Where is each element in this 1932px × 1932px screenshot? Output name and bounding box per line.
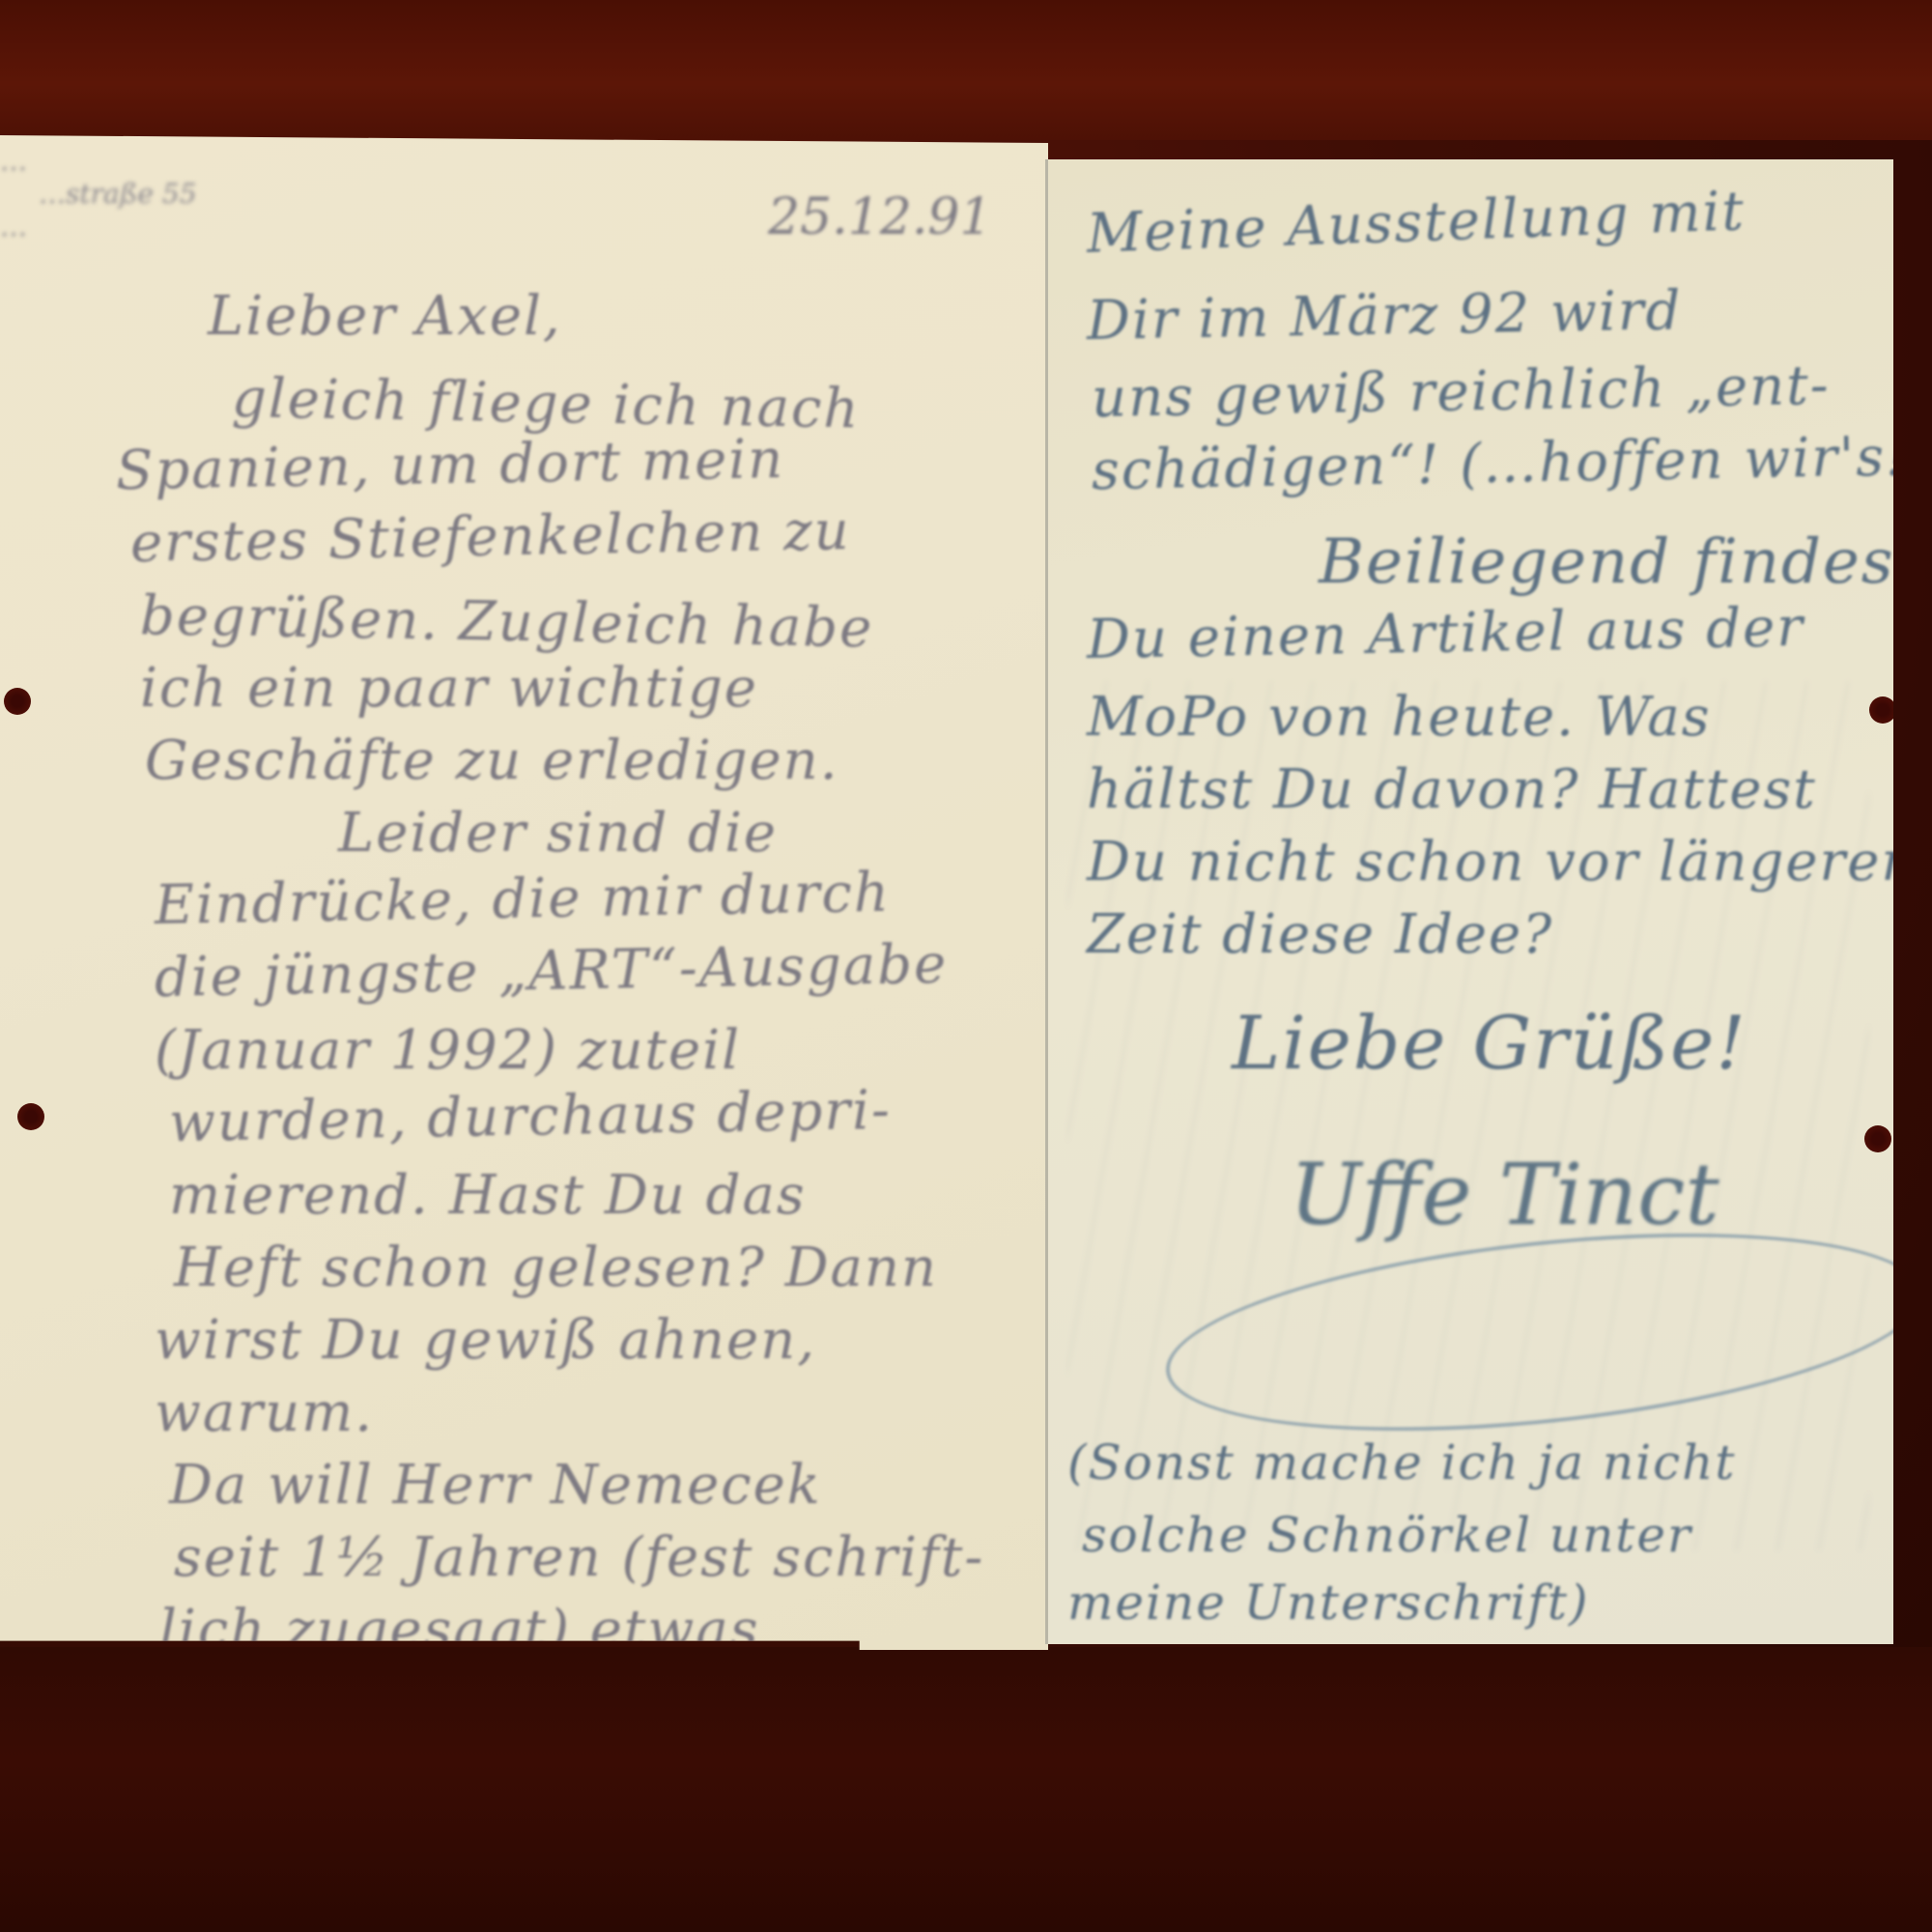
letter-line: wirst Du gewiß ahnen,: [155, 1309, 816, 1372]
letter-line: lich zugesagt) etwas: [159, 1599, 759, 1650]
letter-line: ich ein paar wichtige: [140, 657, 758, 720]
letter-line: Du einen Artikel aus der: [1086, 596, 1804, 671]
postscript-line: meine Unterschrift): [1067, 1575, 1589, 1631]
letter-line: wurden, durchaus depri-: [168, 1079, 892, 1154]
letter-line: Du nicht schon vor längerer: [1087, 831, 1893, 894]
punch-hole: [1869, 696, 1893, 724]
address-line: …: [0, 211, 197, 243]
letter-line: uns gewiß reichlich „ent-: [1091, 355, 1831, 430]
letter-line: Zeit diese Idee?: [1087, 903, 1553, 966]
letter-page-2: Meine Ausstellung mit Dir im März 92 wir…: [1045, 159, 1893, 1644]
letter-line: seit 1½ Jahren (fest schrift-: [174, 1526, 984, 1589]
letter-line: begrüßen. Zugleich habe: [139, 584, 873, 660]
letter-line: Dir im März 92 wird: [1086, 279, 1683, 353]
postscript-line: (Sonst mache ich ja nicht: [1067, 1435, 1736, 1491]
closing: Liebe Grüße!: [1232, 1000, 1747, 1086]
letter-line: Beiliegend findest: [1319, 526, 1893, 598]
letter-line: Eindrücke, die mir durch: [154, 862, 891, 937]
letter-line: Da will Herr Nemecek: [169, 1454, 822, 1517]
letter-line: erstes Stiefenkelchen zu: [129, 499, 851, 575]
letter-line: Spanien, um dort mein: [115, 428, 784, 502]
address-line: …: [0, 145, 197, 178]
letter-line: Leider sind die: [338, 802, 778, 865]
letter-line: schädigen“! (…hoffen wir's!): [1091, 425, 1893, 502]
letter-line: Heft schon gelesen? Dann: [174, 1236, 938, 1299]
letter-line: mierend. Hast Du das: [169, 1164, 807, 1227]
signature: Uffe Tinct: [1290, 1145, 1719, 1244]
punch-hole: [4, 688, 31, 715]
postscript-line: solche Schnörkel unter: [1082, 1507, 1692, 1563]
letter-page-1: … …straße 55 … 25.12.91 Lieber Axel, gle…: [0, 135, 1048, 1650]
table-surface-bottom: [0, 1647, 1932, 1932]
sender-address: … …straße 55 …: [0, 145, 197, 243]
table-surface-top: [0, 0, 1932, 140]
address-line: …straße 55: [0, 178, 197, 211]
salutation: Lieber Axel,: [208, 285, 562, 348]
letter-line: warum.: [155, 1381, 374, 1444]
letter-line: die jüngste „ART“-Ausgabe: [154, 933, 948, 1009]
letter-line: (Januar 1992) zuteil: [155, 1019, 741, 1082]
letter-line: hältst Du davon? Hattest: [1087, 758, 1817, 821]
letter-line: Geschäfte zu erledigen.: [145, 729, 839, 792]
letter-line: MoPo von heute. Was: [1087, 686, 1712, 749]
letter-date: 25.12.91: [768, 188, 992, 246]
punch-hole: [1864, 1125, 1891, 1152]
letter-line: Meine Ausstellung mit: [1086, 180, 1747, 266]
punch-hole: [17, 1103, 44, 1130]
